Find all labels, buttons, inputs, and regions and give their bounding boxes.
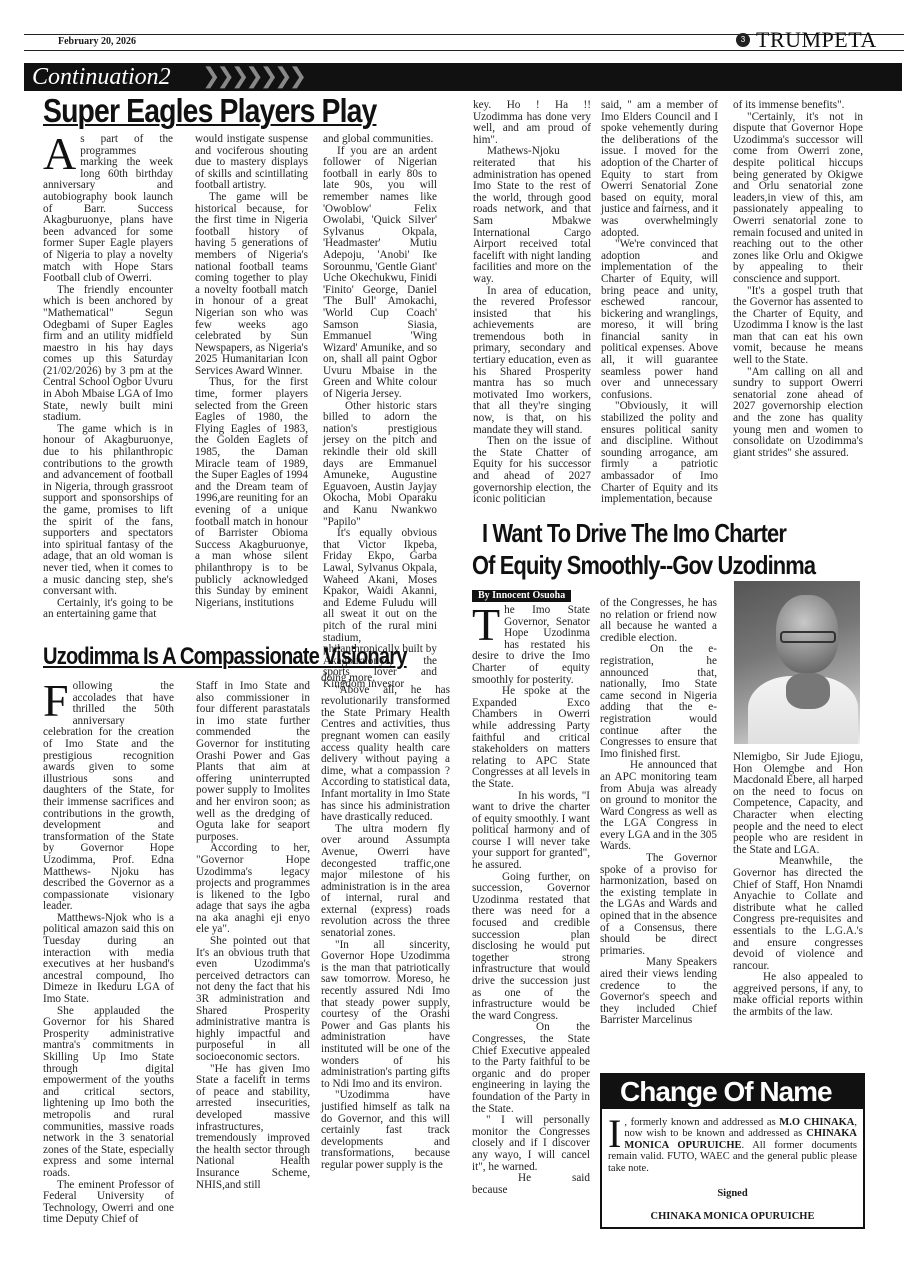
dropcap-f: F: [43, 683, 69, 719]
headline-compassionate-visionary: Uzodimma Is A Compassionate Visionary: [43, 643, 407, 671]
paragraph: According to her, "Governor Hope Uzodimm…: [196, 843, 310, 936]
compassionate-col-1: F ollowing the accolades that have thril…: [43, 681, 174, 1226]
paragraph: He announced that an APC monitoring team…: [600, 760, 717, 853]
paragraph: She applauded the Governor for his Share…: [43, 1006, 174, 1180]
paragraph: Certainly, it's going to be an entertain…: [43, 598, 173, 621]
signatory-name: CHINAKA MONICA OPURUICHE: [608, 1211, 857, 1222]
paragraph: Other historic stars billed to adorn the…: [323, 401, 437, 529]
paragraph: She pointed out that It's an obvious tru…: [196, 936, 310, 1064]
paragraph: of its immense benefits".: [733, 100, 863, 112]
paragraph: " I will personally monitor the Congress…: [472, 1115, 590, 1173]
continuation-banner: Continuation2 ❯❯❯❯❯❯❯: [24, 63, 902, 91]
paragraph: Meanwhile, the Governor has directed the…: [733, 856, 863, 972]
byline: By Innocent Osuoha: [472, 590, 571, 602]
governor-photo: [734, 581, 860, 744]
continuation-col-2: said, " am a member of Imo Elders Counci…: [601, 100, 718, 506]
paragraph: He spoke at the Expanded Exco Chambers i…: [472, 686, 590, 790]
continuation-label: Continuation2: [32, 63, 171, 91]
paragraph: said, " am a member of Imo Elders Counci…: [601, 100, 718, 239]
headline-charter-line-1: I Want To Drive The Imo Charter: [482, 518, 786, 549]
paragraph: The game which is in honour of Akagburuo…: [43, 424, 173, 598]
paragraph: The eminent Professor of Federal Univers…: [43, 1180, 174, 1226]
paragraph: In his words, "I want to drive the chart…: [472, 791, 590, 872]
masthead-logo: TRUMPETA: [756, 27, 877, 53]
photo-glasses-shape: [780, 631, 836, 643]
charter-col-1: By Innocent Osuoha T he Imo State Govern…: [472, 590, 590, 1196]
paragraph: would instigate suspense and vociferous …: [195, 134, 308, 192]
headline-super-eagles: Super Eagles Players Play: [43, 92, 376, 130]
paragraph: Matthews-Njok who is a political amazon …: [43, 913, 174, 1006]
paragraph: Thus, for the first time, former players…: [195, 377, 308, 609]
paragraph: "He has given Imo State a facelift in te…: [196, 1064, 310, 1192]
paragraph: In area of education, the revered Profes…: [473, 286, 591, 437]
super-eagles-col-3: and global communities. If you are an ar…: [323, 134, 437, 691]
paragraph: The Governor spoke of a proviso for harm…: [600, 853, 717, 957]
dropcap-a: A: [43, 136, 76, 172]
paragraph: of the Congresses, he has no relation or…: [600, 598, 717, 644]
paragraph: "We're convinced that adoption and imple…: [601, 239, 718, 401]
change-of-name-body: I, formerly known and addressed as M.O C…: [602, 1109, 863, 1223]
charter-col-3: Nlemigbo, Sir Jude Ejiogu, Hon Olemgbe a…: [733, 752, 863, 1019]
continuation-col-3: of its immense benefits". "Certainly, it…: [733, 100, 863, 459]
change-of-name-title: Change Of Name: [602, 1075, 863, 1109]
super-eagles-col-2: would instigate suspense and vociferous …: [195, 134, 308, 609]
issue-date: February 20, 2026: [58, 36, 136, 47]
paragraph: "In all sincerity, Governor Hope Uzodimm…: [321, 940, 450, 1091]
photo-hands-shape: [786, 673, 830, 709]
paragraph: "Am calling on all and sundry to support…: [733, 367, 863, 460]
signed-label: Signed: [608, 1188, 857, 1199]
dropcap-i: I: [608, 1118, 621, 1150]
paragraph: If you are an ardent follower of Nigeria…: [323, 146, 437, 401]
paragraph: "Above all, he has revolutionarily trans…: [321, 685, 450, 824]
page-number-badge: 3: [736, 33, 750, 47]
headline-charter-line-2: Of Equity Smoothly--Gov Uzodinma: [472, 550, 815, 581]
paragraph: "Obviously, it will stabilized the polit…: [601, 401, 718, 505]
chevrons-icon: ❯❯❯❯❯❯❯: [202, 63, 303, 91]
paragraph: On the e-registration, he announced that…: [600, 644, 717, 760]
paragraph: doing more.: [321, 673, 450, 685]
continuation-col-1: key. Ho ! Ha !! Uzodimma has done very w…: [473, 100, 591, 506]
paragraph: "It's a gospel truth that the Governor h…: [733, 286, 863, 367]
paragraph: The game will be historical because, for…: [195, 192, 308, 378]
paragraph: Many Speakers aired their views lending …: [600, 957, 717, 1027]
change-of-name-notice: Change Of Name I, formerly known and add…: [600, 1073, 865, 1229]
paragraph: He also appealed to aggreived persons, i…: [733, 972, 863, 1018]
paragraph: On the Congresses, the State Chief Execu…: [472, 1022, 590, 1115]
compassionate-col-3: doing more. "Above all, he has revolutio…: [321, 673, 450, 1172]
paragraph: Staff in Imo State and also commissioner…: [196, 681, 310, 843]
paragraph: "Uzodimma have justified himself as talk…: [321, 1090, 450, 1171]
paragraph: Mathews-Njoku reiterated that his admini…: [473, 146, 591, 285]
paragraph: Going further, on succession, Governor U…: [472, 872, 590, 1023]
paragraph: Then on the issue of the State Chatter o…: [473, 436, 591, 506]
dropcap-t: T: [472, 607, 500, 643]
compassionate-col-2: Staff in Imo State and also commissioner…: [196, 681, 310, 1191]
paragraph: Nlemigbo, Sir Jude Ejiogu, Hon Olemgbe a…: [733, 752, 863, 856]
charter-col-2: of the Congresses, he has no relation or…: [600, 598, 717, 1027]
paragraph: key. Ho ! Ha !! Uzodimma has done very w…: [473, 100, 591, 146]
paragraph: The friendly encounter which is been anc…: [43, 285, 173, 424]
paragraph: "Certainly, it's not in dispute that Gov…: [733, 112, 863, 286]
paragraph: The ultra modern fly over around Assumpt…: [321, 824, 450, 940]
super-eagles-col-1: A s part of the programmes marking the w…: [43, 134, 173, 621]
old-name: M.O CHINAKA: [779, 1117, 854, 1128]
paragraph: He said because: [472, 1173, 590, 1196]
notice-text: , formerly known and addressed as: [624, 1117, 779, 1128]
paragraph: and global communities.: [323, 134, 437, 146]
